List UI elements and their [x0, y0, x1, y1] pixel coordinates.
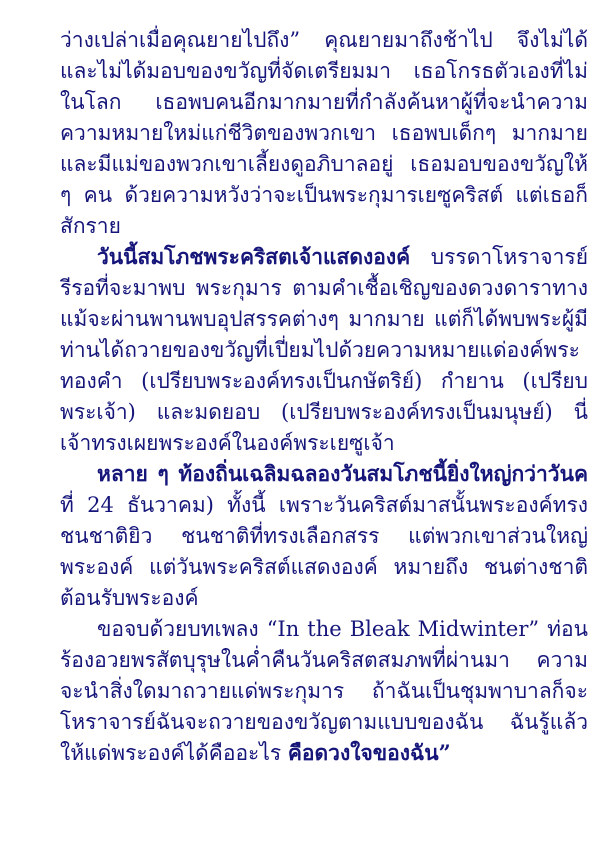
text-line: ในโลก เธอพบคนอีกมากมายที่กำลังค้นหาผู้ที…	[60, 86, 588, 117]
text-line: ทองคำ (เปรียบพระองค์ทรงเป็นกษัตริย์) กำย…	[60, 365, 588, 396]
text-line: ท่านได้ถวายของขวัญที่เปี่ยมไปด้วยความหมา…	[60, 334, 588, 365]
text-line: ความหมายใหม่แก่ชีวิตของพวกเขา เธอพบเด็กๆ…	[60, 117, 588, 148]
text-line-paragraph-start: วันนี้สมโภชพระคริสตเจ้าแสดงองค์ บรรดาโหร…	[60, 241, 588, 272]
text-line: ว่างเปล่าเมื่อคุณยายไปถึง” คุณยายมาถึงช้…	[60, 24, 588, 55]
text-line: ต้อนรับพระองค์	[60, 582, 588, 613]
text-line: ชนชาติยิว ชนชาติที่ทรงเลือกสรร แต่พวกเขา…	[60, 520, 588, 551]
text-line: ให้แด่พระองค์ได้คืออะไร คือดวงใจของฉัน”	[60, 737, 588, 768]
text-line: และมีแม่ของพวกเขาเลี้ยงดูอภิบาลอยู่ เธอม…	[60, 148, 588, 179]
text-line: รีรอที่จะมาพบ พระกุมาร ตามคำเชื้อเชิญของ…	[60, 272, 588, 303]
text-line: จะนำสิ่งใดมาถวายแด่พระกุมาร ถ้าฉันเป็นชุ…	[60, 675, 588, 706]
text-line: สักราย	[60, 210, 588, 241]
text-line: โหราจารย์ฉันจะถวายของขวัญตามแบบของฉัน ฉั…	[60, 706, 588, 737]
text-line: ๆ คน ด้วยความหวังว่าจะเป็นพระกุมารเยซูคร…	[60, 179, 588, 210]
text-line-paragraph-start: หลาย ๆ ท้องถิ่นเฉลิมฉลองวันสมโภชนี้ยิ่งใ…	[60, 458, 588, 489]
text-line: เจ้าทรงเผยพระองค์ในองค์พระเยซูเจ้า	[60, 427, 588, 458]
text-line: ที่ 24 ธันวาคม) ทั้งนี้ เพราะวันคริสต์มา…	[60, 489, 588, 520]
text-line: พระเจ้า) และมดยอบ (เปรียบพระองค์ทรงเป็นม…	[60, 396, 588, 427]
text-line: พระองค์ แต่วันพระคริสต์แสดงองค์ หมายถึง …	[60, 551, 588, 582]
text-line-paragraph-start: ขอจบด้วยบทเพลง “In the Bleak Midwinter” …	[60, 613, 588, 644]
document-page: ว่างเปล่าเมื่อคุณยายไปถึง” คุณยายมาถึงช้…	[0, 0, 600, 851]
text-line: แม้จะผ่านพานพบอุปสรรคต่างๆ มากมาย แต่ก็ไ…	[60, 303, 588, 334]
document-text-block: ว่างเปล่าเมื่อคุณยายไปถึง” คุณยายมาถึงช้…	[60, 24, 588, 768]
text-line: ร้องอวยพรสัตบุรุษในค่ำคืนวันคริสตสมภพที่…	[60, 644, 588, 675]
text-line: และไม่ได้มอบของขวัญที่จัดเตรียมมา เธอโกร…	[60, 55, 588, 86]
